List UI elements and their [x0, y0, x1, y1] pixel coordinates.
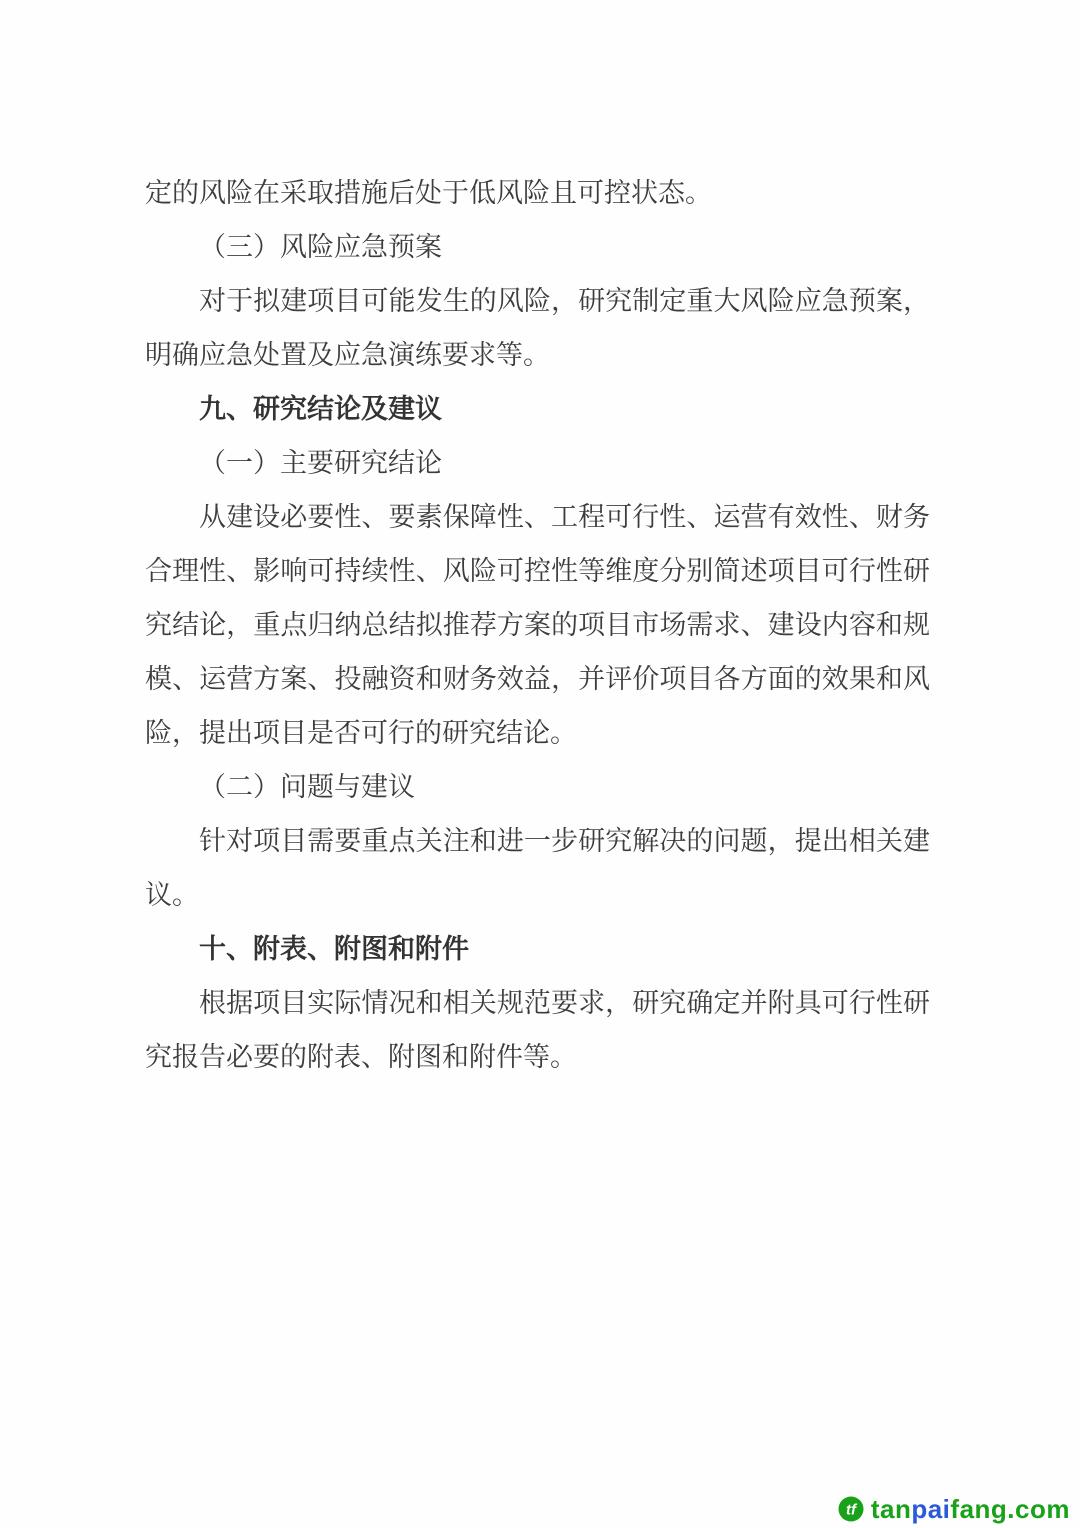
watermark-text: tanpaifang.com: [871, 1496, 1070, 1522]
paragraph-body: 对于拟建项目可能发生的风险，研究制定重大风险应急预案，明确应急处置及应急演练要求…: [145, 274, 930, 382]
document-page: 定的风险在采取措施后处于低风险且可控状态。（三）风险应急预案对于拟建项目可能发生…: [0, 0, 1080, 1528]
paragraph-subheading: （二）问题与建议: [145, 760, 930, 814]
watermark: tf tanpaifang.com: [838, 1496, 1070, 1522]
paragraph-subheading: （三）风险应急预案: [145, 220, 930, 274]
document-body: 定的风险在采取措施后处于低风险且可控状态。（三）风险应急预案对于拟建项目可能发生…: [145, 166, 930, 1084]
tanpaifang-logo-icon: tf: [838, 1496, 864, 1522]
paragraph-body: 针对项目需要重点关注和进一步研究解决的问题，提出相关建议。: [145, 814, 930, 922]
watermark-segment: fang.com: [950, 1496, 1070, 1522]
paragraph-subheading: （一）主要研究结论: [145, 436, 930, 490]
paragraph-heading: 十、附表、附图和附件: [145, 922, 930, 976]
paragraph-body-cont: 定的风险在采取措施后处于低风险且可控状态。: [145, 166, 930, 220]
paragraph-body: 根据项目实际情况和相关规范要求，研究确定并附具可行性研究报告必要的附表、附图和附…: [145, 976, 930, 1084]
paragraph-body: 从建设必要性、要素保障性、工程可行性、运营有效性、财务合理性、影响可持续性、风险…: [145, 490, 930, 760]
paragraph-heading: 九、研究结论及建议: [145, 382, 930, 436]
watermark-segment: tan: [871, 1496, 912, 1522]
watermark-segment: pai: [911, 1496, 950, 1522]
